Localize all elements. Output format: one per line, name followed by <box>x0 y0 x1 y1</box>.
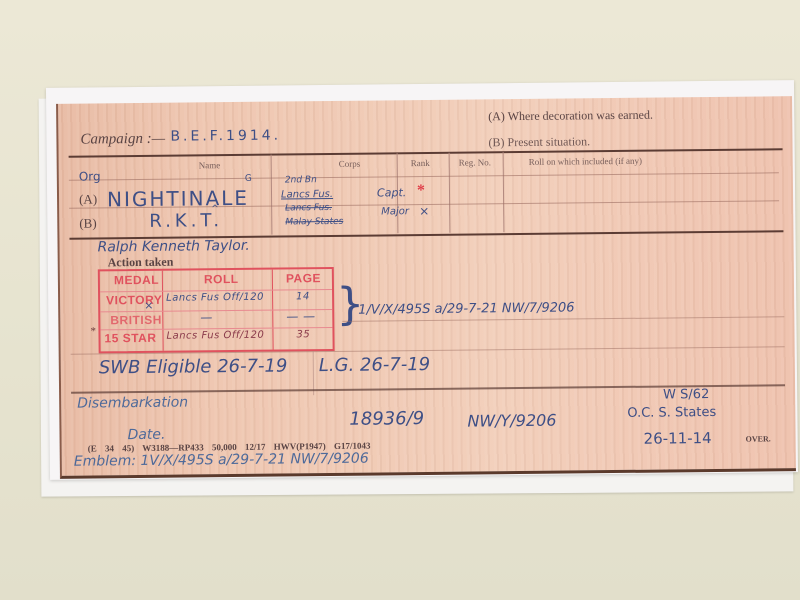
nw-ref: NW/Y/9206 <box>467 411 556 431</box>
full-name: Ralph Kenneth Taylor. <box>97 238 249 256</box>
col-reg-no: Reg. No. <box>459 157 491 167</box>
stamp-star-roll: Lancs Fus Off/120 <box>166 330 264 342</box>
stamp-15-star: 15 STAR <box>104 331 156 346</box>
eligible-note: SWB Eligible 26-7-19 <box>99 355 288 378</box>
row-b-corps-struck: Lancs Fus. <box>285 203 332 213</box>
col-corps: Corps <box>339 159 361 169</box>
header-rule <box>69 148 783 157</box>
col-name: Name <box>199 160 221 170</box>
col-divider <box>271 155 273 235</box>
over-label: OVER. <box>746 434 771 443</box>
row-b-label: (B) <box>79 215 97 231</box>
row-a-corps: Lancs Fus. <box>281 189 333 201</box>
stamp-british-page: — — <box>286 309 315 323</box>
legend-b: (B) Present situation. <box>488 134 590 150</box>
stamp-victory: VICTORY <box>106 293 162 308</box>
star-mark: * <box>90 325 96 337</box>
right-note-3: 26-11-14 <box>644 429 712 448</box>
stamp-british-roll: — <box>200 310 213 324</box>
roll-reference: 1/V/X/495S a/29-7-21 NW/7/9206 <box>358 300 574 317</box>
row-a-corps-top: 2nd Bn <box>285 175 317 185</box>
ref-number: 18936/9 <box>349 408 424 430</box>
row-a-name-correction: G <box>245 174 252 184</box>
medal-roll-stamp: MEDAL ROLL PAGE VICTORY Lancs Fus Off/12… <box>98 267 335 353</box>
date-label: Date. <box>127 427 165 443</box>
medal-index-card: Campaign :— B.E.F.1914. (A) Where decora… <box>56 96 796 479</box>
right-note-2: O.C. S. States <box>627 405 716 421</box>
stamp-header-roll: ROLL <box>204 272 239 286</box>
red-star-mark: * <box>417 182 425 200</box>
right-note-1: W S/62 <box>663 387 709 402</box>
campaign-label: Campaign :— <box>80 131 165 149</box>
row-rule <box>69 172 779 180</box>
stamp-british: BRITISH <box>110 313 162 328</box>
org-note: Org <box>79 169 101 183</box>
row-b-corps: Malay States <box>285 217 343 228</box>
footer-hand: Emblem: 1V/X/495S a/29-7-21 NW/7/9206 <box>74 451 369 470</box>
col-divider <box>449 153 451 233</box>
stamp-header-medal: MEDAL <box>114 273 159 287</box>
row-b-name: R.K.T. <box>149 210 223 232</box>
stamp-header-page: PAGE <box>286 271 321 285</box>
lg-note: L.G. 26-7-19 <box>319 354 431 376</box>
row-a-label: (A) <box>79 191 97 207</box>
col-rank: Rank <box>411 158 430 168</box>
col-roll: Roll on which included (if any) <box>529 156 642 167</box>
victory-mark: × <box>144 299 153 312</box>
legend-a: (A) Where decoration was earned. <box>488 108 653 125</box>
disembarkation-label: Disembarkation <box>77 394 188 411</box>
row-b-rank-mark: × <box>419 204 429 218</box>
stamp-victory-page: 14 <box>296 291 310 302</box>
col-divider <box>503 152 505 232</box>
row-a-rank: Capt. <box>377 186 406 199</box>
stamp-victory-roll: Lancs Fus Off/120 <box>166 292 264 304</box>
row-b-rank: Major <box>381 206 409 217</box>
stamp-star-page: 35 <box>296 329 310 340</box>
campaign-value: B.E.F.1914. <box>170 128 281 145</box>
